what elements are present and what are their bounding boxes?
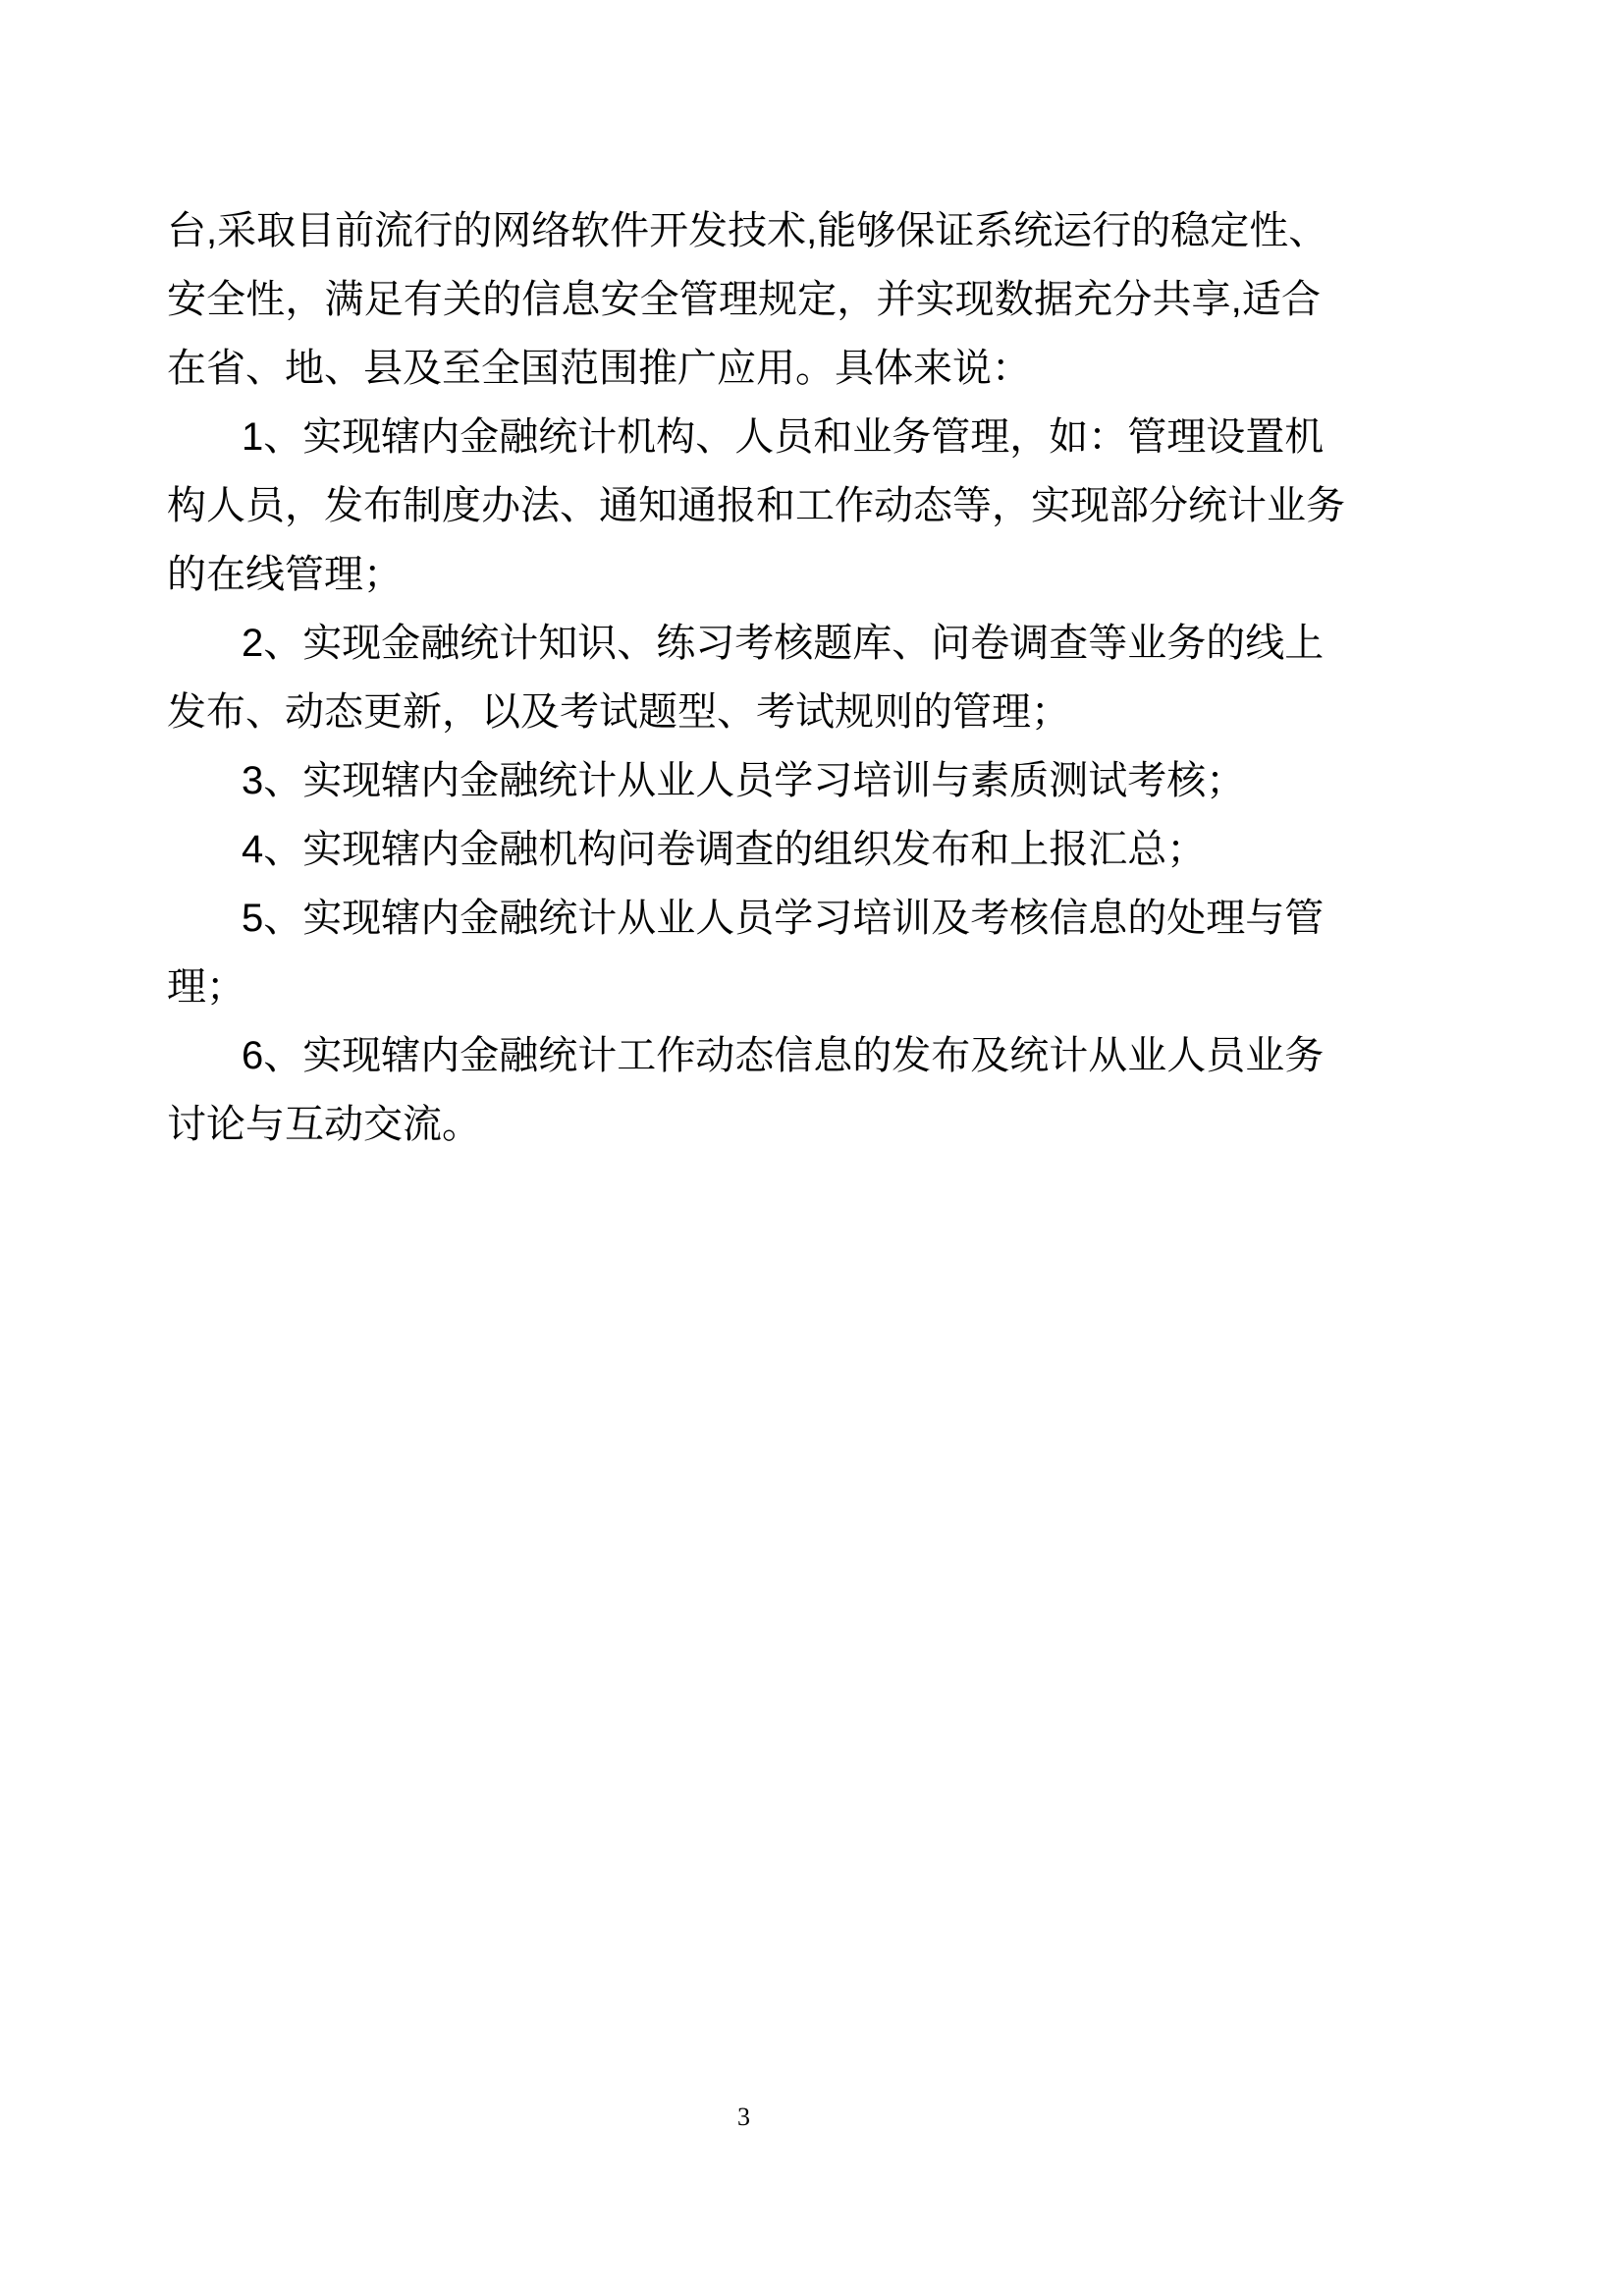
- paragraph-list-item-3: 3、实现辖内金融统计从业人员学习培训与素质测试考核；: [167, 746, 1321, 815]
- text-line: 的在线管理；: [167, 540, 1321, 609]
- text-line: 1、实现辖内金融统计机构、人员和业务管理，如：管理设置机: [167, 403, 1321, 471]
- paragraph-list-item-2: 2、实现金融统计知识、练习考核题库、问卷调查等业务的线上 发布、动态更新，以及考…: [167, 609, 1321, 746]
- text-line: 讨论与互动交流。: [167, 1090, 1321, 1159]
- paragraph-list-item-4: 4、实现辖内金融机构问卷调查的组织发布和上报汇总；: [167, 815, 1321, 884]
- page-number: 3: [737, 2103, 750, 2131]
- paragraph: 台,采取目前流行的网络软件开发技术,能够保证系统运行的稳定性、 安全性，满足有关…: [167, 196, 1321, 403]
- text-line: 6、实现辖内金融统计工作动态信息的发布及统计从业人员业务: [167, 1021, 1321, 1090]
- text-line: 安全性，满足有关的信息安全管理规定，并实现数据充分共享,适合: [167, 265, 1321, 334]
- paragraph-list-item-6: 6、实现辖内金融统计工作动态信息的发布及统计从业人员业务 讨论与互动交流。: [167, 1021, 1321, 1159]
- text-line: 5、实现辖内金融统计从业人员学习培训及考核信息的处理与管: [167, 884, 1321, 953]
- document-page: 台,采取目前流行的网络软件开发技术,能够保证系统运行的稳定性、 安全性，满足有关…: [0, 0, 1623, 2296]
- page-body-text: 台,采取目前流行的网络软件开发技术,能够保证系统运行的稳定性、 安全性，满足有关…: [167, 196, 1321, 1159]
- page-footer: 3: [167, 2102, 1321, 2133]
- text-line: 发布、动态更新，以及考试题型、考试规则的管理；: [167, 678, 1321, 746]
- text-line: 2、实现金融统计知识、练习考核题库、问卷调查等业务的线上: [167, 609, 1321, 678]
- paragraph-list-item-5: 5、实现辖内金融统计从业人员学习培训及考核信息的处理与管 理；: [167, 884, 1321, 1021]
- text-line: 构人员，发布制度办法、通知通报和工作动态等，实现部分统计业务: [167, 471, 1321, 540]
- text-line: 在省、地、县及至全国范围推广应用。具体来说：: [167, 334, 1321, 403]
- text-line: 4、实现辖内金融机构问卷调查的组织发布和上报汇总；: [167, 815, 1321, 884]
- text-line: 台,采取目前流行的网络软件开发技术,能够保证系统运行的稳定性、: [167, 196, 1321, 265]
- text-line: 3、实现辖内金融统计从业人员学习培训与素质测试考核；: [167, 746, 1321, 815]
- text-line: 理；: [167, 953, 1321, 1021]
- paragraph-list-item-1: 1、实现辖内金融统计机构、人员和业务管理，如：管理设置机 构人员，发布制度办法、…: [167, 403, 1321, 609]
